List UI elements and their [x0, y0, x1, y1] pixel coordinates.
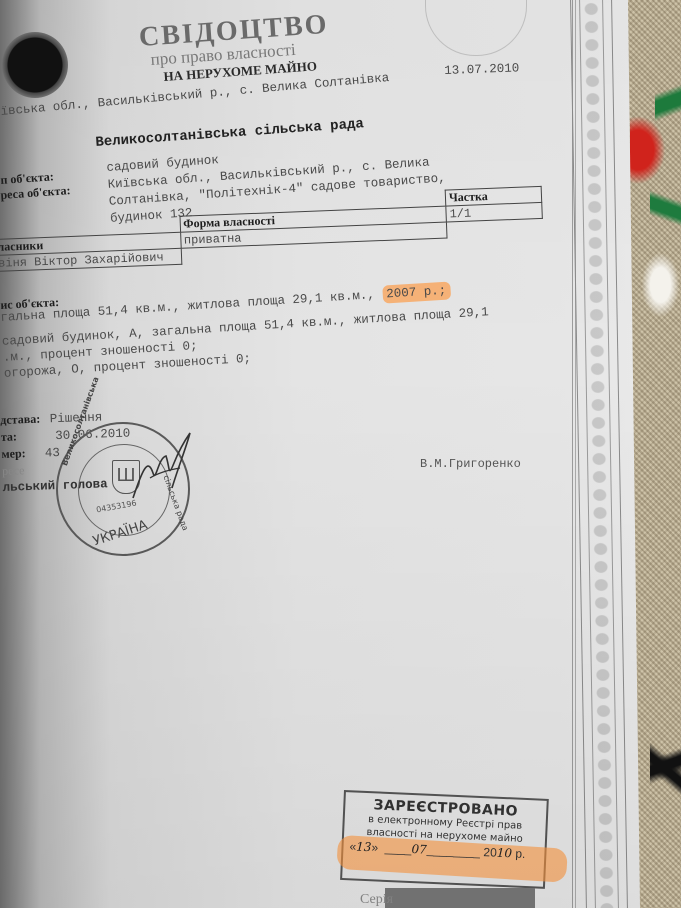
description-block: гальна площа 51,4 кв.м., житлова площа 2… — [0, 280, 491, 382]
redacted-series — [385, 888, 535, 908]
seal-country: УКРАЇНА — [91, 518, 149, 550]
table-row: віня Віктор Захарійович — [0, 234, 544, 271]
green-embroidery — [650, 180, 681, 240]
basis-label: дстава: — [0, 412, 40, 427]
date-row: та: 30.06.2010 — [1, 424, 131, 446]
table-header-row: Частка — [0, 186, 542, 223]
description-line-text: гальна площа 51,4 кв.м., житлова площа 2… — [0, 288, 383, 325]
object-address-line: будинок 132 — [110, 187, 448, 228]
description-label: ис об'єкта: — [0, 295, 59, 313]
seal-code: 04353196 — [96, 499, 138, 515]
issue-date: 13.07.2010 — [444, 61, 519, 78]
ornamental-border — [570, 0, 628, 908]
border-line — [575, 0, 576, 908]
issued-by-value: льський голова — [2, 477, 107, 495]
green-embroidery — [655, 70, 681, 140]
signer-name: В.М.Григоренко — [420, 457, 521, 471]
official-seal: Великосолтанівська сільська рада Ш 04353… — [56, 422, 190, 556]
description-line: .м., процент зношеності 0; — [2, 320, 490, 366]
issued-by-row: льський голова — [2, 474, 132, 496]
black-embroidery — [650, 720, 681, 820]
basis-block: дстава: Рішення та: 30.06.2010 мер: 43 р… — [0, 407, 132, 495]
white-embroidery — [640, 250, 681, 320]
globe-watermark — [425, 0, 527, 56]
number-value: 43 — [45, 446, 60, 461]
issuer-address: ївська обл., Васильківський р., с. Велик… — [0, 71, 390, 119]
number-label: мер: — [1, 446, 26, 461]
handwritten-signature — [128, 428, 198, 508]
object-details: садовий будинок Київська обл., Васильків… — [106, 136, 447, 227]
share-value: 1/1 — [446, 202, 543, 222]
ownership-form-value: приватна — [180, 222, 447, 248]
table-header-row: Форма власності 1/1 — [0, 202, 542, 239]
header-owners: ласники — [0, 232, 181, 255]
stamp-month: 07 — [411, 842, 427, 857]
trident-emblem-icon: Ш — [112, 460, 140, 494]
basis-value: Рішення — [50, 410, 103, 426]
registration-stamp: ЗАРЕЄСТРОВАНО в електронному Реєстрі пра… — [340, 790, 549, 889]
stamp-date-row: «13» ____07________ 2010 р. — [343, 839, 544, 862]
date-label: та: — [1, 429, 18, 444]
stamp-line: в електронному Реєстрі прав — [344, 812, 545, 834]
certificate-paper: СВІДОЦТВО про право власності НА НЕРУХОМ… — [0, 0, 640, 908]
stamp-line: власності на нерухоме майно — [344, 825, 545, 847]
date-value: 30.06.2010 — [55, 426, 130, 443]
owner-name: віня Віктор Захарійович — [0, 248, 181, 271]
owners-table: Частка Форма власності 1/1 ласники прива… — [0, 186, 544, 272]
table-row: ласники приватна — [0, 218, 543, 255]
description-line: гальна площа 51,4 кв.м., житлова площа 2… — [0, 280, 488, 326]
object-address-line: Київська обл., Васильківський р., с. Вел… — [107, 153, 445, 194]
description-line: садовий будинок, А, загальна площа 51,4 … — [1, 304, 489, 350]
document-subtitle-2: НА НЕРУХОМЕ МАЙНО — [163, 58, 317, 85]
stamp-year-suffix: 10 — [496, 846, 512, 861]
object-type-label: п об'єкта: — [0, 169, 54, 188]
object-address-label: реса об'єкта: — [0, 183, 71, 203]
punched-hole — [2, 32, 68, 98]
header-ownership-form: Форма власності — [179, 206, 446, 232]
object-type-value: садовий будинок — [106, 136, 444, 177]
issued-by-label: ресе — [2, 463, 25, 478]
seal-ring-text: Великосолтанівська — [60, 376, 101, 467]
stamp-day: 13 — [356, 840, 372, 855]
seal-ring-text: сільська рада — [162, 474, 190, 532]
issued-by-row: ресе — [2, 458, 132, 479]
document-title: СВІДОЦТВО — [138, 9, 330, 54]
border-line — [572, 0, 573, 908]
highlighted-year: 2007 р.; — [382, 281, 451, 303]
seal-inner-ring — [78, 444, 170, 536]
description-line: огорожа, О, процент зношеності 0; — [3, 336, 491, 382]
object-address-line: Солтанівка, "Політехнік-4" садове товари… — [108, 170, 446, 211]
series-label: Серія — [360, 892, 393, 908]
ornamental-border-pattern — [579, 0, 619, 908]
basis-row: дстава: Рішення — [0, 407, 130, 429]
stamp-year-prefix: 20 — [483, 845, 497, 860]
document-subtitle: про право власності — [150, 40, 296, 70]
header-share: Частка — [445, 186, 542, 206]
issuer-name: Великосолтанівська сільська рада — [95, 116, 364, 151]
number-row: мер: 43 — [1, 441, 131, 463]
stamp-year-unit: р. — [515, 847, 526, 861]
stamp-title: ЗАРЕЄСТРОВАНО — [345, 796, 547, 821]
stamp-highlight — [336, 835, 568, 883]
